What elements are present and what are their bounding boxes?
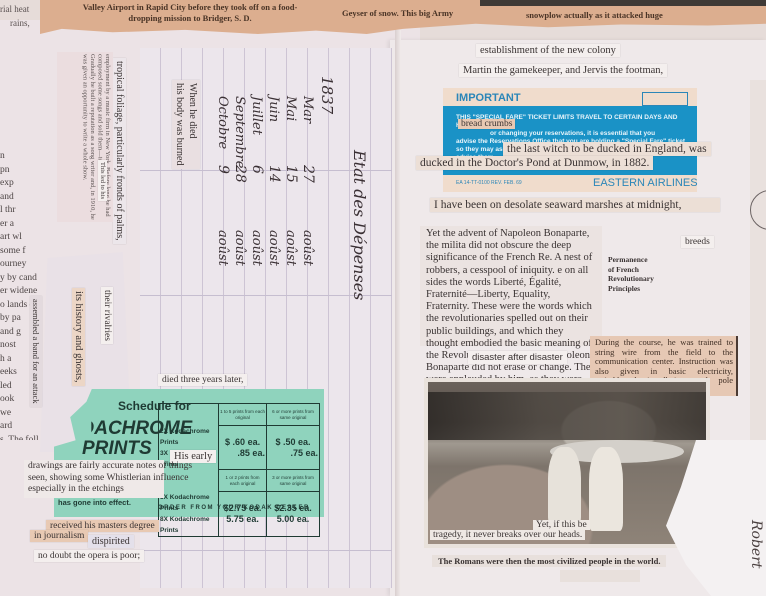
- strip-dispirited: dispirited: [88, 535, 134, 548]
- row-label: 2X Kodachrome Prints: [160, 426, 217, 448]
- ledger-day: 27: [300, 165, 316, 183]
- ledger-entry: aoûst: [300, 230, 315, 266]
- sidenote-permanence: Permanence of French Revolutionary Princ…: [608, 255, 654, 293]
- ticket-box: [642, 92, 688, 106]
- ledger-entry: aoûst: [266, 230, 281, 266]
- newspaper-photo-edge: [480, 0, 766, 6]
- drawings-line: drawings are fairly accurate notes of th…: [28, 461, 160, 473]
- clip-border-line: [736, 336, 738, 396]
- strip-witch-2: ducked in the Doctor's Pond at Dunmow, i…: [416, 156, 653, 170]
- price: .75 ea.: [268, 448, 318, 459]
- photo-trees: [428, 392, 706, 441]
- table-header: 6 or more prints from same original: [266, 404, 319, 426]
- newspaper-fragment-left: rial heat rains,: [0, 2, 30, 30]
- table-header: 3 or more prints from same original: [266, 470, 319, 492]
- ledger-month: Juin: [266, 96, 281, 122]
- ticket-header: IMPORTANT: [456, 92, 521, 104]
- ledger-month: Octobre: [215, 96, 230, 149]
- strip-rivalries: their rivalries: [101, 287, 113, 344]
- strip-led-to-his: This led to his: [98, 160, 107, 201]
- table-header: 1 to 5 prints from each original: [219, 404, 267, 426]
- ledger-month: Mar: [300, 96, 315, 123]
- ticket-footer-code: EA 14-TT-0100 REV. FEB. 69: [456, 180, 522, 186]
- strip-tropical: tropical foliage, particularly fronds of…: [113, 58, 126, 244]
- ledger-rule: [140, 550, 392, 551]
- price: $ .50 ea.: [268, 437, 318, 448]
- ledger-month: Septembre: [232, 96, 247, 168]
- strip-opera: no doubt the opera is poor;: [34, 550, 144, 562]
- price: .85 ea.: [220, 448, 265, 459]
- price: $ .60 ea.: [220, 437, 265, 448]
- newspaper-right-text: snowplow actually as it attacked huge: [526, 10, 663, 20]
- fragment-text: rial heat: [0, 2, 30, 16]
- strip-marshes: I have been on desolate seaward marshes …: [430, 198, 720, 212]
- photo-caption-1: Yet, if this be: [533, 520, 590, 530]
- ticket-line: or changing your reservations, it is ess…: [456, 130, 692, 138]
- strip-bread-crumbs: bread crumbs: [458, 119, 515, 129]
- strip-martin: Martin the gamekeeper, and Jervis the fo…: [459, 64, 667, 77]
- ledger-day: 14: [266, 165, 282, 183]
- strip-breeds: breeds: [681, 236, 714, 248]
- strip-romans: The Romans were then the most civilized …: [432, 555, 666, 567]
- ticket-bottom-band: [443, 170, 697, 175]
- when-died-line: his body was burned: [174, 83, 185, 166]
- drawings-line: seen, showing some Whistlerian influence: [28, 473, 160, 485]
- photo-girl-left: [548, 447, 581, 525]
- price: 5.00 ea.: [268, 514, 318, 525]
- price: 5.75 ea.: [220, 514, 265, 525]
- kodak-footer: ORDER FROM YOUR KODAK DEALER: [158, 505, 310, 511]
- table-header: 1 or 2 prints from each original: [219, 470, 267, 492]
- strip-disaster: disaster after disaster: [468, 351, 567, 364]
- caption-line: Valley Airport in Rapid City before they…: [60, 2, 320, 13]
- table-cell: $ .50 ea. .75 ea.: [266, 426, 319, 470]
- ledger-entry: aoûst: [249, 230, 264, 266]
- strip-masters-2: in journalism: [30, 530, 88, 542]
- strip-colony: establishment of the new colony: [476, 44, 620, 57]
- ledger-day: 6: [249, 165, 265, 174]
- book-spine: [395, 30, 401, 596]
- strip-band-attack: assembled a band for an attack: [30, 296, 42, 407]
- fragment-text: rains,: [0, 16, 30, 30]
- ledger-year: 1837: [318, 76, 336, 114]
- ledger-day: 15: [283, 165, 299, 183]
- table-cell: $2.75 ea. 5.75 ea.: [219, 492, 267, 537]
- drawings-line: especially in the etchings: [28, 484, 160, 496]
- newspaper-middle-text: Geyser of snow. This big Army: [342, 8, 453, 18]
- strip-when-died: When he died his body was burned: [172, 80, 200, 169]
- ledger-entry: aoûst: [283, 230, 298, 266]
- ledger-entry: aoûst: [215, 230, 230, 266]
- caption-line: dropping mission to Bridger, S. D.: [60, 13, 320, 24]
- table-corner: [159, 404, 219, 426]
- strip-drawings: drawings are fairly accurate notes of th…: [24, 460, 164, 498]
- ledger-header: Etat des Dépenses: [350, 150, 369, 300]
- table-row-label: 5X Kodachrome Prints 8X Kodachrome Print…: [159, 492, 219, 537]
- ledger-month: Mai: [283, 96, 298, 121]
- ledger-day: 28: [232, 165, 248, 183]
- kodak-effect-note: has gone into effect.: [58, 498, 131, 507]
- photo-caption-2: tragedy, it never breaks over our heads.: [430, 530, 585, 540]
- photo-girl-right: [589, 447, 622, 531]
- row-label: 8X Kodachrome Prints: [160, 514, 217, 536]
- table-cell: $ .60 ea. .85 ea.: [219, 426, 267, 470]
- napoleon-paragraph-bg: [420, 226, 710, 346]
- strip-fragment: [560, 570, 640, 582]
- newspaper-caption: Valley Airport in Rapid City before they…: [60, 2, 320, 24]
- handwriting-right-edge: Robert: [748, 520, 764, 569]
- table-cell: $2.35 ea. 5.00 ea.: [266, 492, 319, 537]
- ledger-day: 9: [215, 165, 231, 174]
- when-died-line: When he died: [187, 83, 198, 139]
- ledger-entry: aoûst: [232, 230, 247, 266]
- strip-died-later: died three years later,: [158, 374, 247, 386]
- ledger-month: Juillet: [249, 96, 264, 135]
- strip-witch-1: the last witch to be ducked in England, …: [503, 142, 711, 156]
- strip-history-ghosts: its history and ghosts,: [72, 288, 85, 386]
- ticket-brand: EASTERN AIRLINES: [593, 177, 698, 189]
